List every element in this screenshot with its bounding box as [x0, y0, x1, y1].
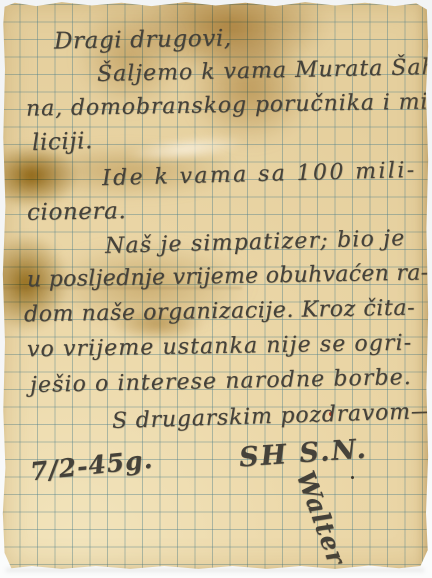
letter-date: 7/2-45g. — [29, 445, 155, 487]
body-line-1: Šaljemo k vama Murata Šahma- — [97, 54, 432, 87]
paper-shadow — [6, 568, 424, 572]
closing-line: S drugarskim pozdravom— — [112, 399, 432, 434]
body-line-8: dom naše organizacije. Kroz čita- — [24, 296, 416, 328]
body-line-2: na, domobranskog poručnika i mi- — [26, 89, 432, 121]
body-line-10: ješio o interese narodne borbe. — [30, 365, 412, 398]
body-line-5: cionera. — [27, 198, 127, 226]
body-line-3: liciji. — [32, 128, 94, 156]
dark-speck — [351, 476, 354, 479]
salutation-line: Dragi drugovi, — [54, 25, 232, 54]
letter-scan: Dragi drugovi, Šaljemo k vama Murata Šah… — [0, 0, 432, 578]
signature-initials: SH S.N. — [238, 434, 369, 474]
body-line-9: vo vrijeme ustanka nije se ogri- — [27, 331, 413, 363]
letter-paper: Dragi drugovi, Šaljemo k vama Murata Šah… — [2, 1, 429, 570]
body-line-4: Ide k vama sa 100 mili- — [102, 158, 417, 191]
paper-crease — [126, 131, 246, 167]
body-line-7: u posljednje vrijeme obuhvaćen ra- — [27, 260, 429, 292]
signature-diagonal: Walter — [291, 467, 352, 569]
body-line-6: Naš je simpatizer; bio je — [105, 226, 406, 259]
